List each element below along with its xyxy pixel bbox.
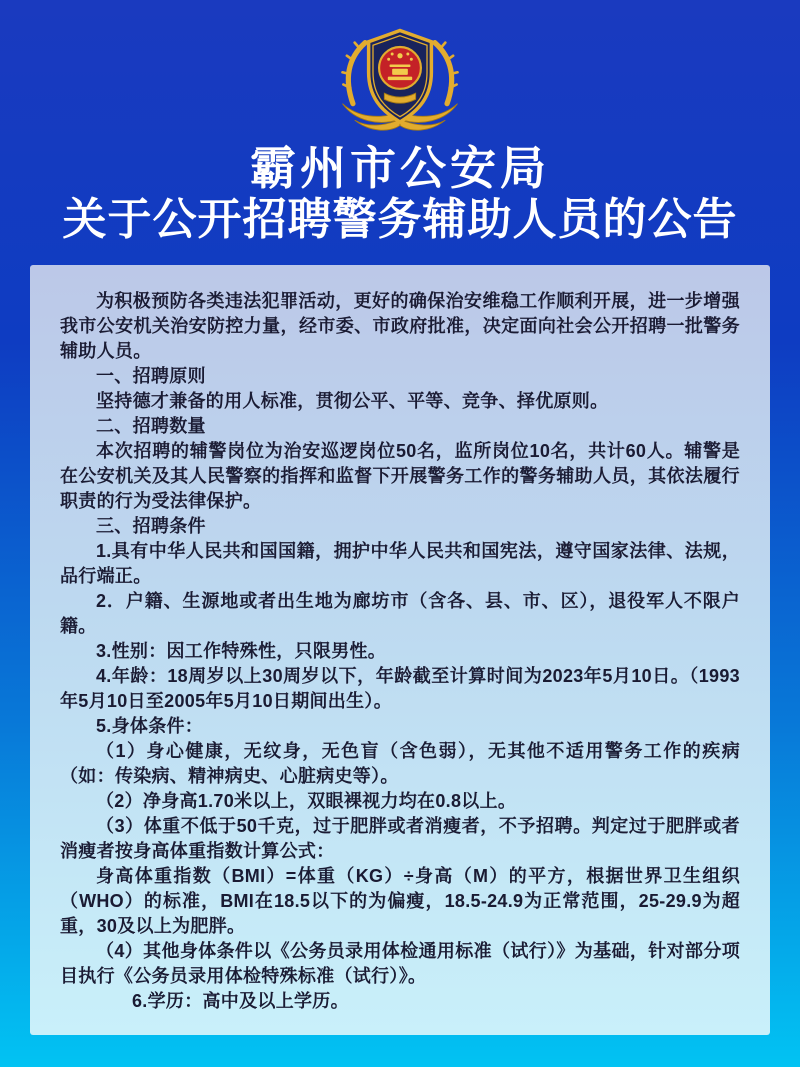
condition-1-nationality: 1.具有中华人民共和国国籍，拥护中华人民共和国宪法，遵守国家法律、法规，品行端正… — [60, 539, 740, 589]
physical-3-weight: （3）体重不低于50千克，过于肥胖或者消瘦者，不予招聘。判定过于肥胖或者消瘦者按… — [60, 814, 740, 864]
paragraph-principle: 坚持德才兼备的用人标准，贯彻公平、平等、竞争、择优原则。 — [60, 389, 740, 414]
condition-4-age: 4.年龄：18周岁以上30周岁以下，年龄截至计算时间为2023年5月10日。（1… — [60, 664, 740, 714]
announcement-body-panel: 为积极预防各类违法犯罪活动，更好的确保治安维稳工作顺利开展，进一步增强我市公安机… — [30, 265, 770, 1035]
paragraph-quantity: 本次招聘的辅警岗位为治安巡逻岗位50名，监所岗位10名，共计60人。辅警是在公安… — [60, 439, 740, 514]
badge-container — [0, 0, 800, 136]
heading-recruit-quantity: 二、招聘数量 — [60, 414, 740, 439]
condition-6-education: 6.学历：高中及以上学历。 — [60, 989, 740, 1014]
physical-1-health: （1）身心健康，无纹身，无色盲（含色弱），无其他不适用警务工作的疾病（如：传染病… — [60, 739, 740, 789]
paragraph-intro: 为积极预防各类违法犯罪活动，更好的确保治安维稳工作顺利开展，进一步增强我市公安机… — [60, 289, 740, 364]
physical-4-standards: （4）其他身体条件以《公务员录用体检通用标准（试行）》为基础，针对部分项目执行《… — [60, 939, 740, 989]
agency-name: 霸州市公安局 — [0, 142, 800, 194]
poster-title: 霸州市公安局 关于公开招聘警务辅助人员的公告 — [0, 142, 800, 246]
heading-recruit-conditions: 三、招聘条件 — [60, 514, 740, 539]
condition-2-household: 2．户籍、生源地或者出生地为廊坊市（含各、县、市、区），退役军人不限户籍。 — [60, 589, 740, 639]
condition-5-physical: 5.身体条件： — [60, 714, 740, 739]
physical-bmi-formula: 身高体重指数（BMI）=体重（KG）÷身高（M）的平方，根据世界卫生组织（WHO… — [60, 864, 740, 939]
police-emblem-icon — [339, 26, 461, 136]
announcement-poster: 霸州市公安局 关于公开招聘警务辅助人员的公告 为积极预防各类违法犯罪活动，更好的… — [0, 0, 800, 1067]
announcement-title: 关于公开招聘警务辅助人员的公告 — [0, 194, 800, 246]
heading-recruit-principle: 一、招聘原则 — [60, 364, 740, 389]
physical-2-height-vision: （2）净身高1.70米以上，双眼裸视力均在0.8以上。 — [60, 789, 740, 814]
condition-3-gender: 3.性别：因工作特殊性，只限男性。 — [60, 639, 740, 664]
